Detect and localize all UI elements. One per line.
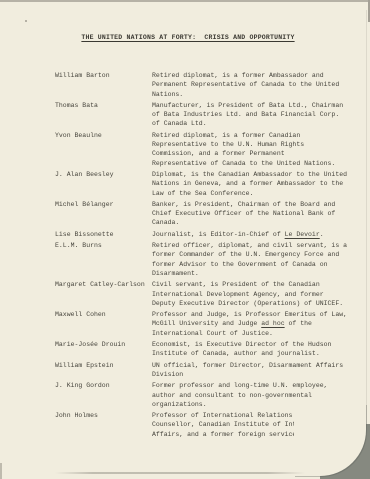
person-name: William Epstein: [55, 361, 152, 380]
list-item: Marie-Josée Drouin Economist, is Executi…: [55, 340, 370, 359]
person-name: William Barton: [55, 71, 152, 99]
person-description: Retired officer, diplomat, and civil ser…: [152, 241, 352, 278]
scan-edge-left-bottom: [0, 463, 2, 479]
person-description: Professor and Judge, is Professor Emerit…: [152, 310, 352, 338]
document-title: THE UNITED NATIONS AT FORTY: CRISIS AND …: [0, 33, 370, 43]
person-name: Marie-Josée Drouin: [55, 340, 152, 359]
person-description: Economist, is Executive Director of the …: [152, 340, 352, 359]
list-item: Margaret Catley-Carlson Civil servant, i…: [55, 280, 370, 308]
list-item: Thomas Bata Manufacturer, is President o…: [55, 101, 370, 129]
list-item: Maxwell Cohen Professor and Judge, is Pr…: [55, 310, 370, 338]
list-item: Yvon Beaulne Retired diplomat, is a form…: [55, 131, 370, 168]
list-item: Michel Bélanger Banker, is President, Ch…: [55, 200, 370, 228]
person-name: Maxwell Cohen: [55, 310, 152, 338]
person-description: Manufacturer, is President of Bata Ltd.,…: [152, 101, 352, 129]
person-description: UN official, former Director, Disarmamen…: [152, 361, 352, 380]
scanned-document-page: THE UNITED NATIONS AT FORTY: CRISIS AND …: [0, 0, 370, 479]
list-item: William Epstein UN official, former Dire…: [55, 361, 370, 380]
person-name: Yvon Beaulne: [55, 131, 152, 168]
list-item: J. Alan Beesley Diplomat, is the Canadia…: [55, 170, 370, 198]
person-description: Banker, is President, Chairman of the Bo…: [152, 200, 352, 228]
list-item: Lise Bissonette Journalist, is Editor-in…: [55, 230, 370, 239]
entries-list: William Barton Retired diplomat, is a fo…: [0, 71, 370, 439]
person-name: E.L.M. Burns: [55, 241, 152, 278]
person-description: Retired diplomat, is a former Ambassador…: [152, 71, 352, 99]
person-name: J. King Gordon: [55, 381, 152, 409]
person-description: Civil servant, is President of the Canad…: [152, 280, 352, 308]
document-body: THE UNITED NATIONS AT FORTY: CRISIS AND …: [0, 0, 370, 441]
person-description: Retired diplomat, is a former Canadian R…: [152, 131, 352, 168]
person-description: Journalist, is Editor-in-Chief of Le Dev…: [152, 230, 352, 239]
person-name: John Holmes: [55, 411, 152, 439]
scan-edge-bottom-shadow: [55, 472, 305, 474]
person-name: Michel Bélanger: [55, 200, 152, 228]
person-name: Margaret Catley-Carlson: [55, 280, 152, 308]
person-description: Diplomat, is the Canadian Ambassador to …: [152, 170, 352, 198]
list-item: William Barton Retired diplomat, is a fo…: [55, 71, 370, 99]
list-item: E.L.M. Burns Retired officer, diplomat, …: [55, 241, 370, 278]
person-name: Lise Bissonette: [55, 230, 152, 239]
person-name: Thomas Bata: [55, 101, 152, 129]
person-name: J. Alan Beesley: [55, 170, 152, 198]
